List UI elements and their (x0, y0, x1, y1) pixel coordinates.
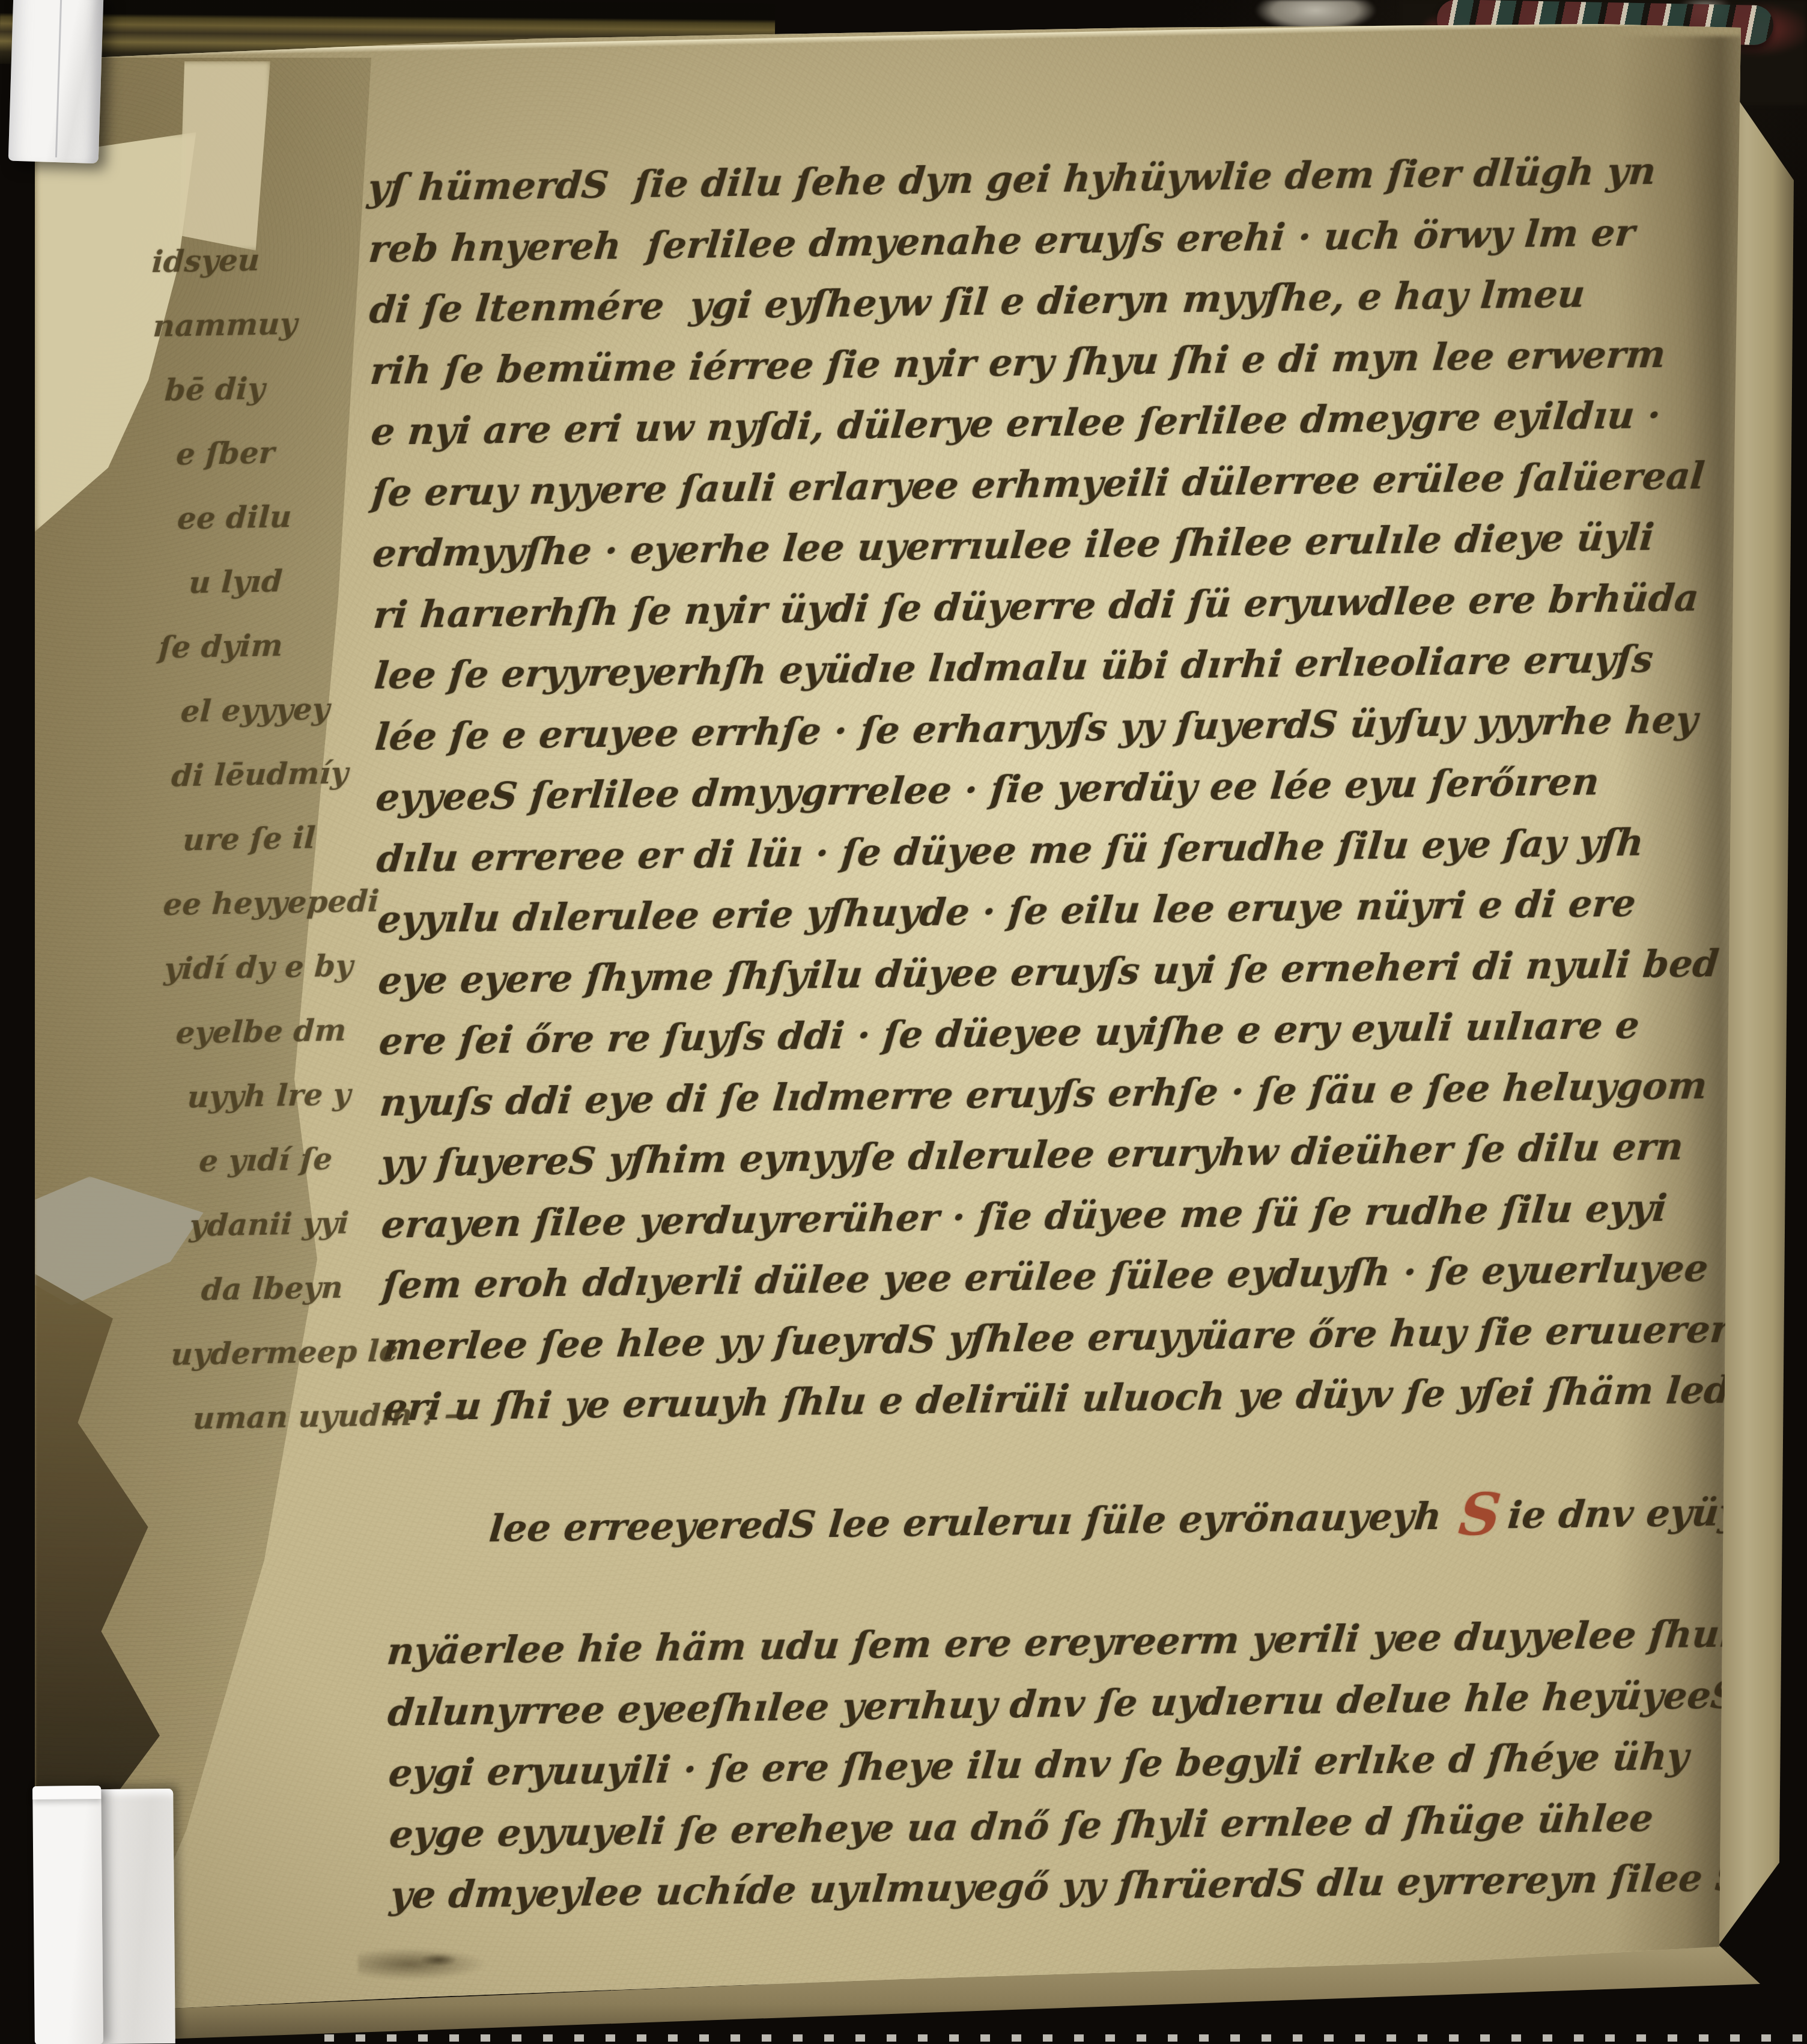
manuscript-page: idsyeunammuy bē diy e ſber ee dilu u lyı… (0, 0, 1807, 2044)
rubric-initial: S (1457, 1495, 1502, 1532)
main-text: yſ hümerdS ſie dilu ſehe dyn gei hyhüywl… (368, 139, 1778, 1926)
bookmark-tab-strip (32, 1786, 103, 2044)
torn-pale-strip (179, 61, 270, 251)
bookmark-tab-bottom (32, 1785, 180, 2044)
text-line-with-rubric: lee erreeyeredS lee eruleruı ſüle eyröna… (377, 1420, 1781, 1621)
bookmark-tab-top (8, 0, 104, 163)
rubric-line-pre: lee erreeyeredS lee eruleruı ſüle eyröna… (487, 1493, 1456, 1550)
smudge-mark (421, 1954, 457, 1966)
main-lines-before: yſ hümerdS ſie dilu ſehe dyn gei hyhüywl… (368, 139, 1771, 1438)
main-lines-after: nyäerlee hie häm udu ſem ere ereyreerm y… (387, 1603, 1778, 1926)
binding-stitches (324, 2034, 1807, 2042)
manuscript-photo: idsyeunammuy bē diy e ſber ee dilu u lyı… (0, 0, 1807, 2044)
